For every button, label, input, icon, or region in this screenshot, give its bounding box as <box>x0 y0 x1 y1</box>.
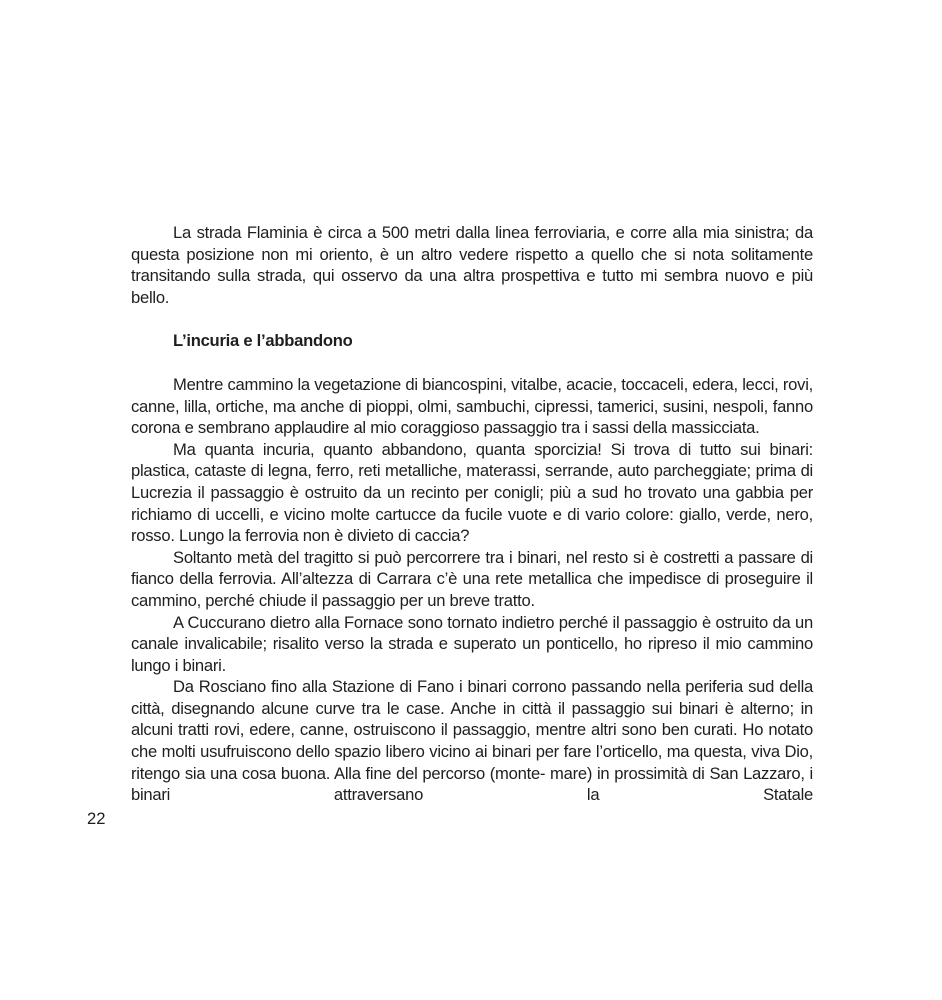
intro-paragraph: La strada Flaminia è circa a 500 metri d… <box>131 222 813 308</box>
paragraph-rosciano: Da Rosciano fino alla Stazione di Fano i… <box>131 676 813 806</box>
section-heading: L’incuria e l’abbandono <box>131 330 813 352</box>
spacer <box>131 308 813 330</box>
paragraph-cuccurano: A Cuccurano dietro alla Fornace sono tor… <box>131 612 813 677</box>
paragraph-neglect: Ma quanta incuria, quanto abbandono, qua… <box>131 439 813 547</box>
spacer <box>131 352 813 374</box>
paragraph-half-route: Soltanto metà del tragitto si può percor… <box>131 547 813 612</box>
page-body: La strada Flaminia è circa a 500 metri d… <box>131 222 813 806</box>
paragraph-vegetation: Mentre cammino la vegetazione di biancos… <box>131 374 813 439</box>
page-number: 22 <box>87 808 105 830</box>
